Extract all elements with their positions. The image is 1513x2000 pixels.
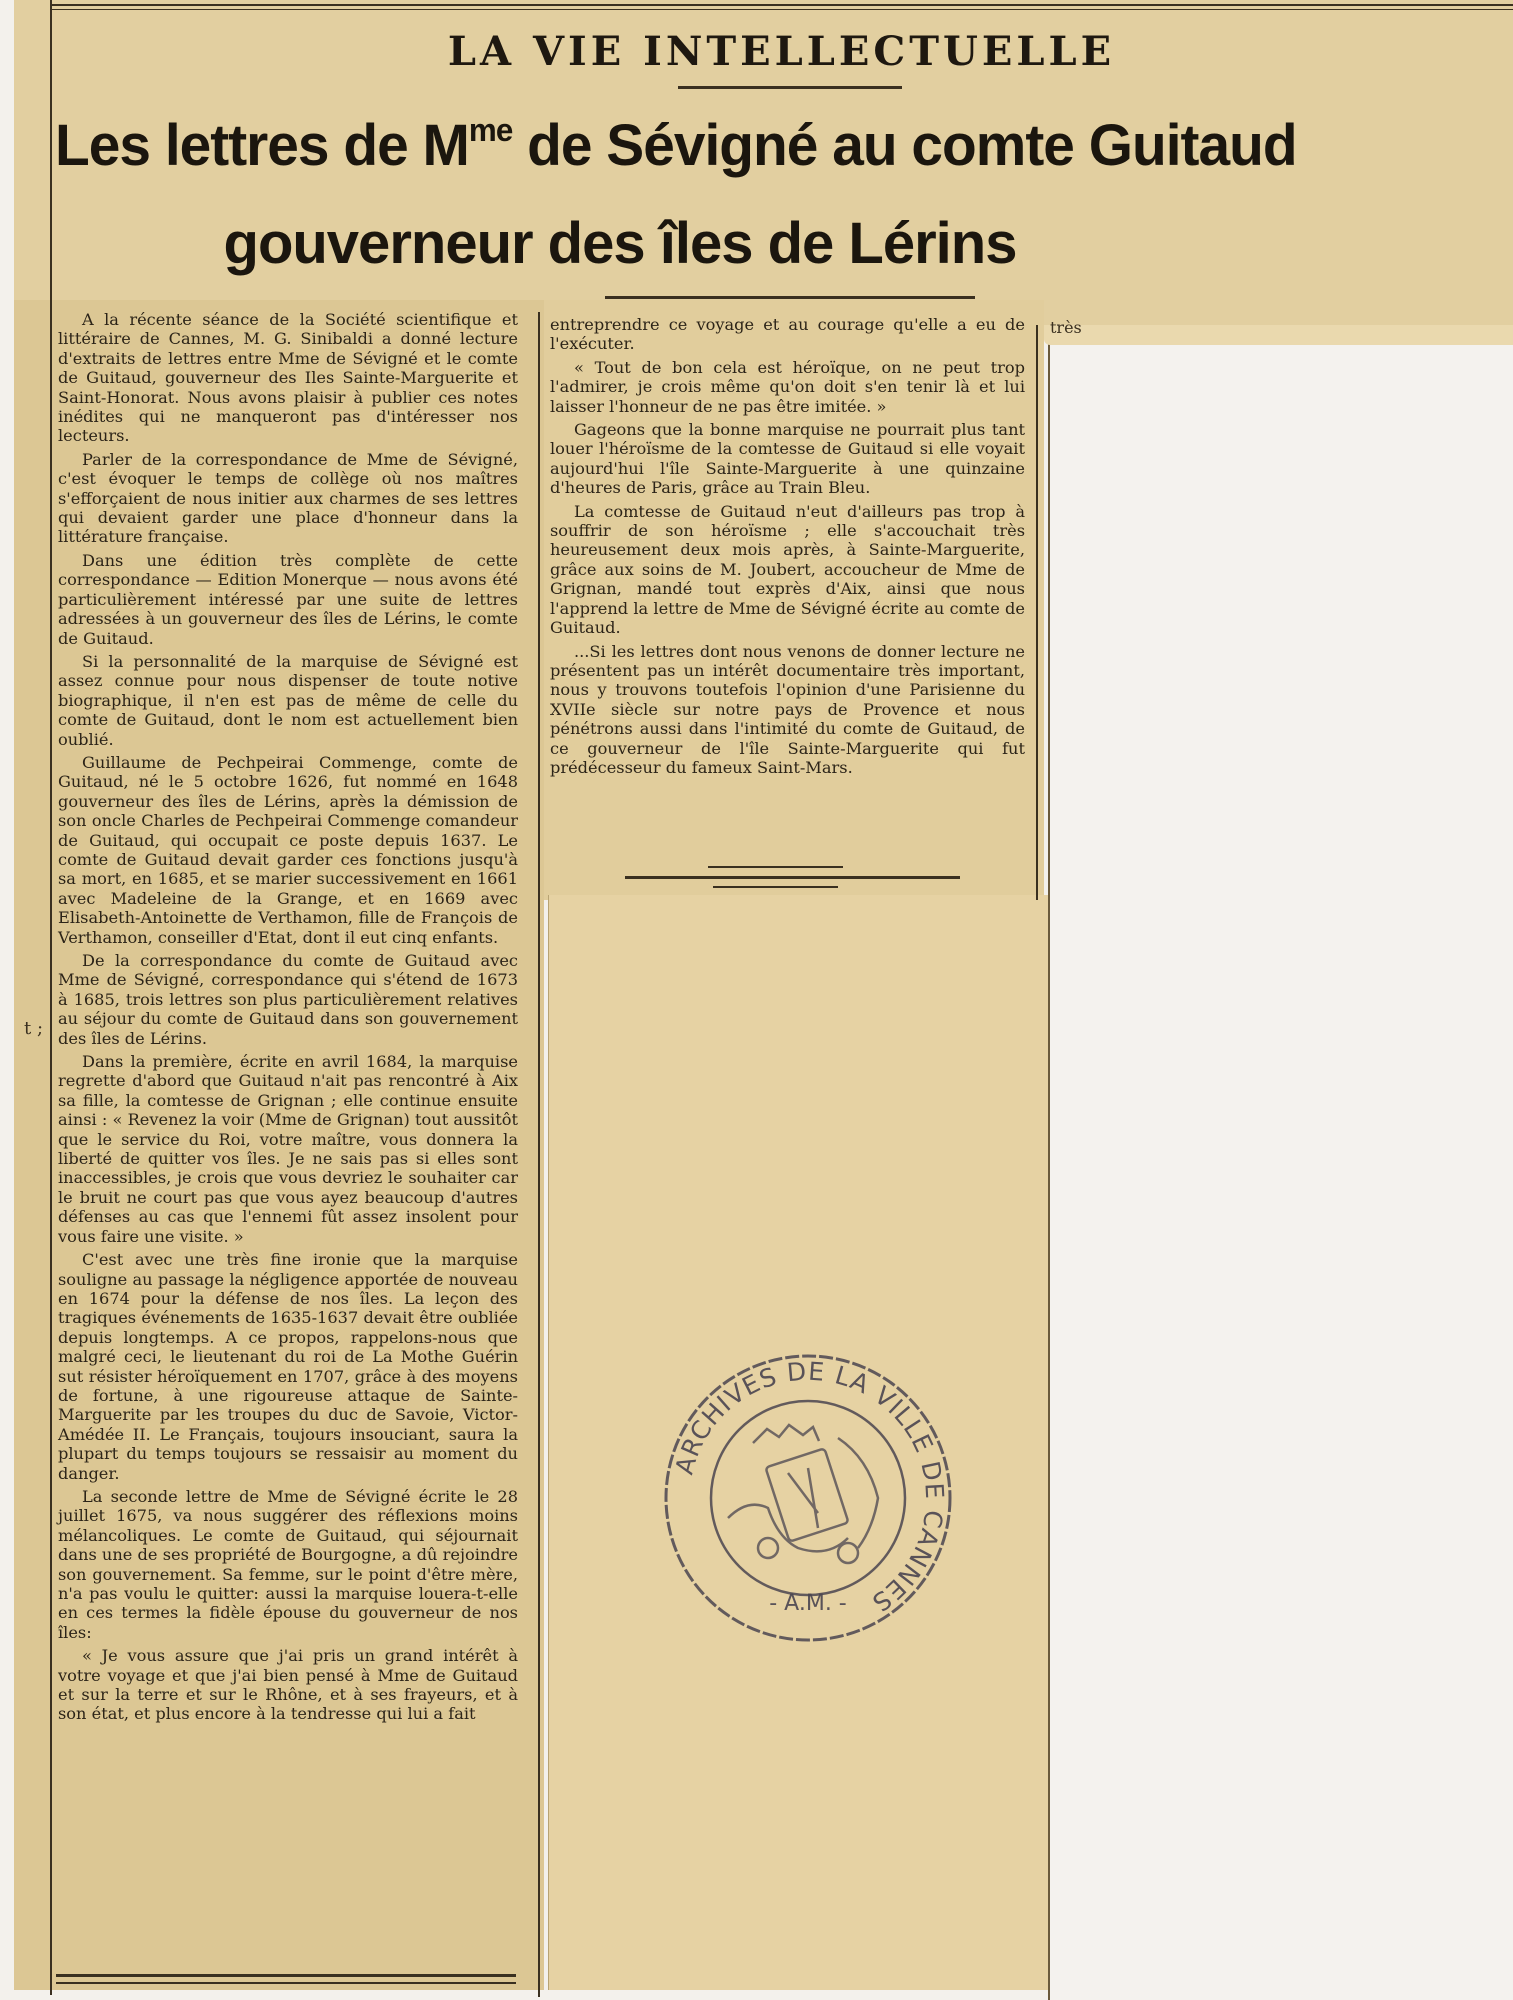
headline-text: de Sévigné au comte Guitaud <box>512 113 1296 178</box>
svg-text:- A.M. -: - A.M. - <box>769 1591 847 1616</box>
paragraph: Parler de la correspondance de Mme de Sé… <box>58 450 518 547</box>
paragraph: « Tout de bon cela est héroïque, on ne p… <box>550 358 1025 416</box>
article-column-1: A la récente séance de la Société scient… <box>58 310 518 1728</box>
headline-text: Les lettres de M <box>55 113 469 178</box>
left-column-rule <box>50 0 52 1995</box>
article-end-rule <box>708 866 843 868</box>
paragraph: entreprendre ce voyage et au courage qu'… <box>550 315 1025 354</box>
paragraph: A la récente séance de la Société scient… <box>58 310 518 446</box>
article-column-2: entreprendre ce voyage et au courage qu'… <box>550 315 1025 781</box>
paragraph: Gageons que la bonne marquise ne pourrai… <box>550 420 1025 498</box>
article-end-rule <box>625 876 960 879</box>
paragraph: ...Si les lettres dont nous venons de do… <box>550 642 1025 778</box>
headline-superscript: me <box>469 112 512 148</box>
margin-mark: t ; <box>24 1018 43 1039</box>
paragraph: C'est avec une très fine ironie que la m… <box>58 1250 518 1483</box>
archive-stamp: ARCHIVES DE LA VILLE DE CANNES - A.M. - <box>658 1348 958 1648</box>
paragraph: Dans une édition très complète de cette … <box>58 551 518 648</box>
paragraph: Si la personnalité de la marquise de Sév… <box>58 652 518 749</box>
paragraph: Guillaume de Pechpeirai Commenge, comte … <box>58 753 518 947</box>
paragraph: De la correspondance du comte de Guitaud… <box>58 951 518 1048</box>
column-end-rule <box>56 1974 516 1977</box>
column-divider <box>538 312 540 1997</box>
cut-column-fragment: très <box>1050 318 1082 337</box>
headline-line-2: gouverneur des îles de Lérins <box>50 210 1190 277</box>
headline-line-1: Les lettres de Mme de Sévigné au comte G… <box>55 112 1486 179</box>
paragraph: Dans la première, écrite en avril 1684, … <box>58 1052 518 1246</box>
top-rule <box>50 4 1513 10</box>
torn-clipping-edge <box>1044 325 1513 345</box>
article-end-rule <box>713 886 838 888</box>
white-backing-panel <box>1048 342 1513 2000</box>
stamp-seal-icon: ARCHIVES DE LA VILLE DE CANNES - A.M. - <box>658 1348 958 1648</box>
section-kicker: LA VIE INTELLECTUELLE <box>50 28 1513 75</box>
paragraph: La comtesse de Guitaud n'eut d'ailleurs … <box>550 502 1025 638</box>
column-end-rule <box>56 1982 516 1984</box>
column-divider <box>1036 325 1038 900</box>
paragraph: La seconde lettre de Mme de Sévigné écri… <box>58 1487 518 1642</box>
kicker-rule <box>678 86 902 89</box>
headline-rule <box>605 296 975 299</box>
paragraph: « Je vous assure que j'ai pris un grand … <box>58 1646 518 1724</box>
